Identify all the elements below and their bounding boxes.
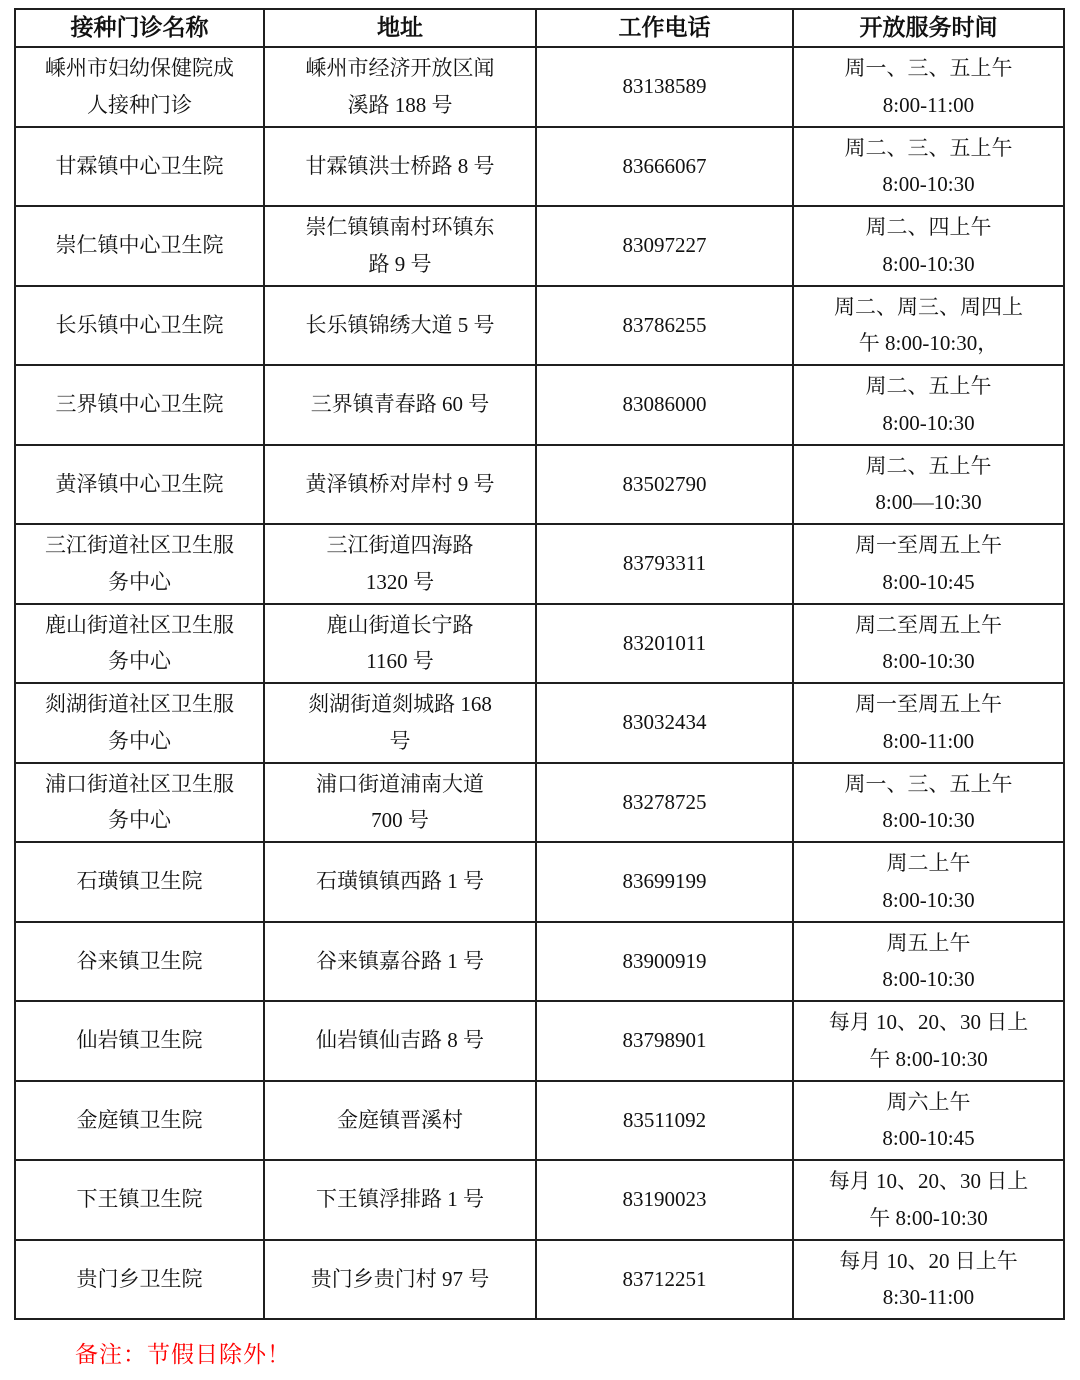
- table-row: 黄泽镇中心卫生院 黄泽镇桥对岸村 9 号 83502790 周二、五上午 8:0…: [15, 445, 1064, 525]
- cell-service-hours: 周一、三、五上午 8:00-11:00: [793, 47, 1064, 127]
- cell-phone: 83900919: [536, 922, 793, 1002]
- header-service-hours: 开放服务时间: [793, 9, 1064, 47]
- cell-service-hours: 周二、周三、周四上 午 8:00-10:30，: [793, 286, 1064, 366]
- table-row: 贵门乡卫生院 贵门乡贵门村 97 号 83712251 每月 10、20 日上午…: [15, 1240, 1064, 1320]
- cell-address: 三江街道四海路 1320 号: [264, 524, 536, 604]
- cell-address: 甘霖镇洪士桥路 8 号: [264, 127, 536, 207]
- cell-clinic-name: 仙岩镇卫生院: [15, 1001, 264, 1081]
- cell-clinic-name: 浦口街道社区卫生服 务中心: [15, 763, 264, 843]
- table-row: 嵊州市妇幼保健院成 人接种门诊 嵊州市经济开放区闻 溪路 188 号 83138…: [15, 47, 1064, 127]
- cell-phone: 83511092: [536, 1081, 793, 1161]
- cell-phone: 83793311: [536, 524, 793, 604]
- table-row: 谷来镇卫生院 谷来镇嘉谷路 1 号 83900919 周五上午 8:00-10:…: [15, 922, 1064, 1002]
- cell-clinic-name: 下王镇卫生院: [15, 1160, 264, 1240]
- page: 接种门诊名称 地址 工作电话 开放服务时间 嵊州市妇幼保健院成 人接种门诊 嵊州…: [0, 0, 1080, 1380]
- cell-address: 崇仁镇镇南村环镇东 路 9 号: [264, 206, 536, 286]
- cell-phone: 83138589: [536, 47, 793, 127]
- cell-address: 谷来镇嘉谷路 1 号: [264, 922, 536, 1002]
- cell-clinic-name: 甘霖镇中心卫生院: [15, 127, 264, 207]
- cell-address: 贵门乡贵门村 97 号: [264, 1240, 536, 1320]
- cell-service-hours: 周六上午 8:00-10:45: [793, 1081, 1064, 1161]
- header-clinic-name: 接种门诊名称: [15, 9, 264, 47]
- table-row: 三江街道社区卫生服 务中心 三江街道四海路 1320 号 83793311 周一…: [15, 524, 1064, 604]
- table-row: 仙岩镇卫生院 仙岩镇仙吉路 8 号 83798901 每月 10、20、30 日…: [15, 1001, 1064, 1081]
- cell-clinic-name: 三界镇中心卫生院: [15, 365, 264, 445]
- cell-phone: 83699199: [536, 842, 793, 922]
- header-row: 接种门诊名称 地址 工作电话 开放服务时间: [15, 9, 1064, 47]
- cell-phone: 83097227: [536, 206, 793, 286]
- cell-address: 长乐镇锦绣大道 5 号: [264, 286, 536, 366]
- cell-clinic-name: 三江街道社区卫生服 务中心: [15, 524, 264, 604]
- cell-service-hours: 周二、五上午 8:00-10:30: [793, 365, 1064, 445]
- footnote: 备注：节假日除外！: [75, 1340, 291, 1370]
- cell-clinic-name: 鹿山街道社区卫生服 务中心: [15, 604, 264, 684]
- cell-address: 鹿山街道长宁路 1160 号: [264, 604, 536, 684]
- cell-service-hours: 周二至周五上午 8:00-10:30: [793, 604, 1064, 684]
- cell-service-hours: 每月 10、20、30 日上 午 8:00-10:30: [793, 1160, 1064, 1240]
- cell-clinic-name: 长乐镇中心卫生院: [15, 286, 264, 366]
- cell-clinic-name: 贵门乡卫生院: [15, 1240, 264, 1320]
- cell-clinic-name: 谷来镇卫生院: [15, 922, 264, 1002]
- cell-service-hours: 每月 10、20 日上午 8:30-11:00: [793, 1240, 1064, 1320]
- table-row: 崇仁镇中心卫生院 崇仁镇镇南村环镇东 路 9 号 83097227 周二、四上午…: [15, 206, 1064, 286]
- cell-clinic-name: 剡湖街道社区卫生服 务中心: [15, 683, 264, 763]
- cell-address: 嵊州市经济开放区闻 溪路 188 号: [264, 47, 536, 127]
- cell-address: 金庭镇晋溪村: [264, 1081, 536, 1161]
- cell-address: 下王镇浮排路 1 号: [264, 1160, 536, 1240]
- header-phone: 工作电话: [536, 9, 793, 47]
- cell-phone: 83032434: [536, 683, 793, 763]
- cell-phone: 83086000: [536, 365, 793, 445]
- cell-service-hours: 周二、四上午 8:00-10:30: [793, 206, 1064, 286]
- cell-phone: 83278725: [536, 763, 793, 843]
- cell-phone: 83190023: [536, 1160, 793, 1240]
- table-row: 石璜镇卫生院 石璜镇镇西路 1 号 83699199 周二上午 8:00-10:…: [15, 842, 1064, 922]
- cell-service-hours: 周一、三、五上午 8:00-10:30: [793, 763, 1064, 843]
- cell-service-hours: 周二上午 8:00-10:30: [793, 842, 1064, 922]
- cell-service-hours: 每月 10、20、30 日上 午 8:00-10:30: [793, 1001, 1064, 1081]
- cell-phone: 83798901: [536, 1001, 793, 1081]
- cell-service-hours: 周二、三、五上午 8:00-10:30: [793, 127, 1064, 207]
- cell-phone: 83201011: [536, 604, 793, 684]
- cell-service-hours: 周一至周五上午 8:00-11:00: [793, 683, 1064, 763]
- cell-service-hours: 周五上午 8:00-10:30: [793, 922, 1064, 1002]
- cell-address: 浦口街道浦南大道 700 号: [264, 763, 536, 843]
- table-row: 浦口街道社区卫生服 务中心 浦口街道浦南大道 700 号 83278725 周一…: [15, 763, 1064, 843]
- cell-service-hours: 周一至周五上午 8:00-10:45: [793, 524, 1064, 604]
- cell-address: 黄泽镇桥对岸村 9 号: [264, 445, 536, 525]
- cell-address: 石璜镇镇西路 1 号: [264, 842, 536, 922]
- clinic-table-body: 嵊州市妇幼保健院成 人接种门诊 嵊州市经济开放区闻 溪路 188 号 83138…: [15, 47, 1064, 1319]
- clinic-table: 接种门诊名称 地址 工作电话 开放服务时间 嵊州市妇幼保健院成 人接种门诊 嵊州…: [14, 8, 1065, 1320]
- cell-clinic-name: 黄泽镇中心卫生院: [15, 445, 264, 525]
- table-row: 金庭镇卫生院 金庭镇晋溪村 83511092 周六上午 8:00-10:45: [15, 1081, 1064, 1161]
- cell-service-hours: 周二、五上午 8:00—10:30: [793, 445, 1064, 525]
- cell-address: 仙岩镇仙吉路 8 号: [264, 1001, 536, 1081]
- table-row: 甘霖镇中心卫生院 甘霖镇洪士桥路 8 号 83666067 周二、三、五上午 8…: [15, 127, 1064, 207]
- cell-phone: 83712251: [536, 1240, 793, 1320]
- table-row: 鹿山街道社区卫生服 务中心 鹿山街道长宁路 1160 号 83201011 周二…: [15, 604, 1064, 684]
- cell-clinic-name: 嵊州市妇幼保健院成 人接种门诊: [15, 47, 264, 127]
- table-row: 三界镇中心卫生院 三界镇青春路 60 号 83086000 周二、五上午 8:0…: [15, 365, 1064, 445]
- cell-clinic-name: 石璜镇卫生院: [15, 842, 264, 922]
- cell-clinic-name: 金庭镇卫生院: [15, 1081, 264, 1161]
- cell-address: 剡湖街道剡城路 168 号: [264, 683, 536, 763]
- cell-phone: 83786255: [536, 286, 793, 366]
- table-row: 长乐镇中心卫生院 长乐镇锦绣大道 5 号 83786255 周二、周三、周四上 …: [15, 286, 1064, 366]
- cell-address: 三界镇青春路 60 号: [264, 365, 536, 445]
- table-row: 下王镇卫生院 下王镇浮排路 1 号 83190023 每月 10、20、30 日…: [15, 1160, 1064, 1240]
- cell-phone: 83502790: [536, 445, 793, 525]
- table-row: 剡湖街道社区卫生服 务中心 剡湖街道剡城路 168 号 83032434 周一至…: [15, 683, 1064, 763]
- cell-phone: 83666067: [536, 127, 793, 207]
- cell-clinic-name: 崇仁镇中心卫生院: [15, 206, 264, 286]
- header-address: 地址: [264, 9, 536, 47]
